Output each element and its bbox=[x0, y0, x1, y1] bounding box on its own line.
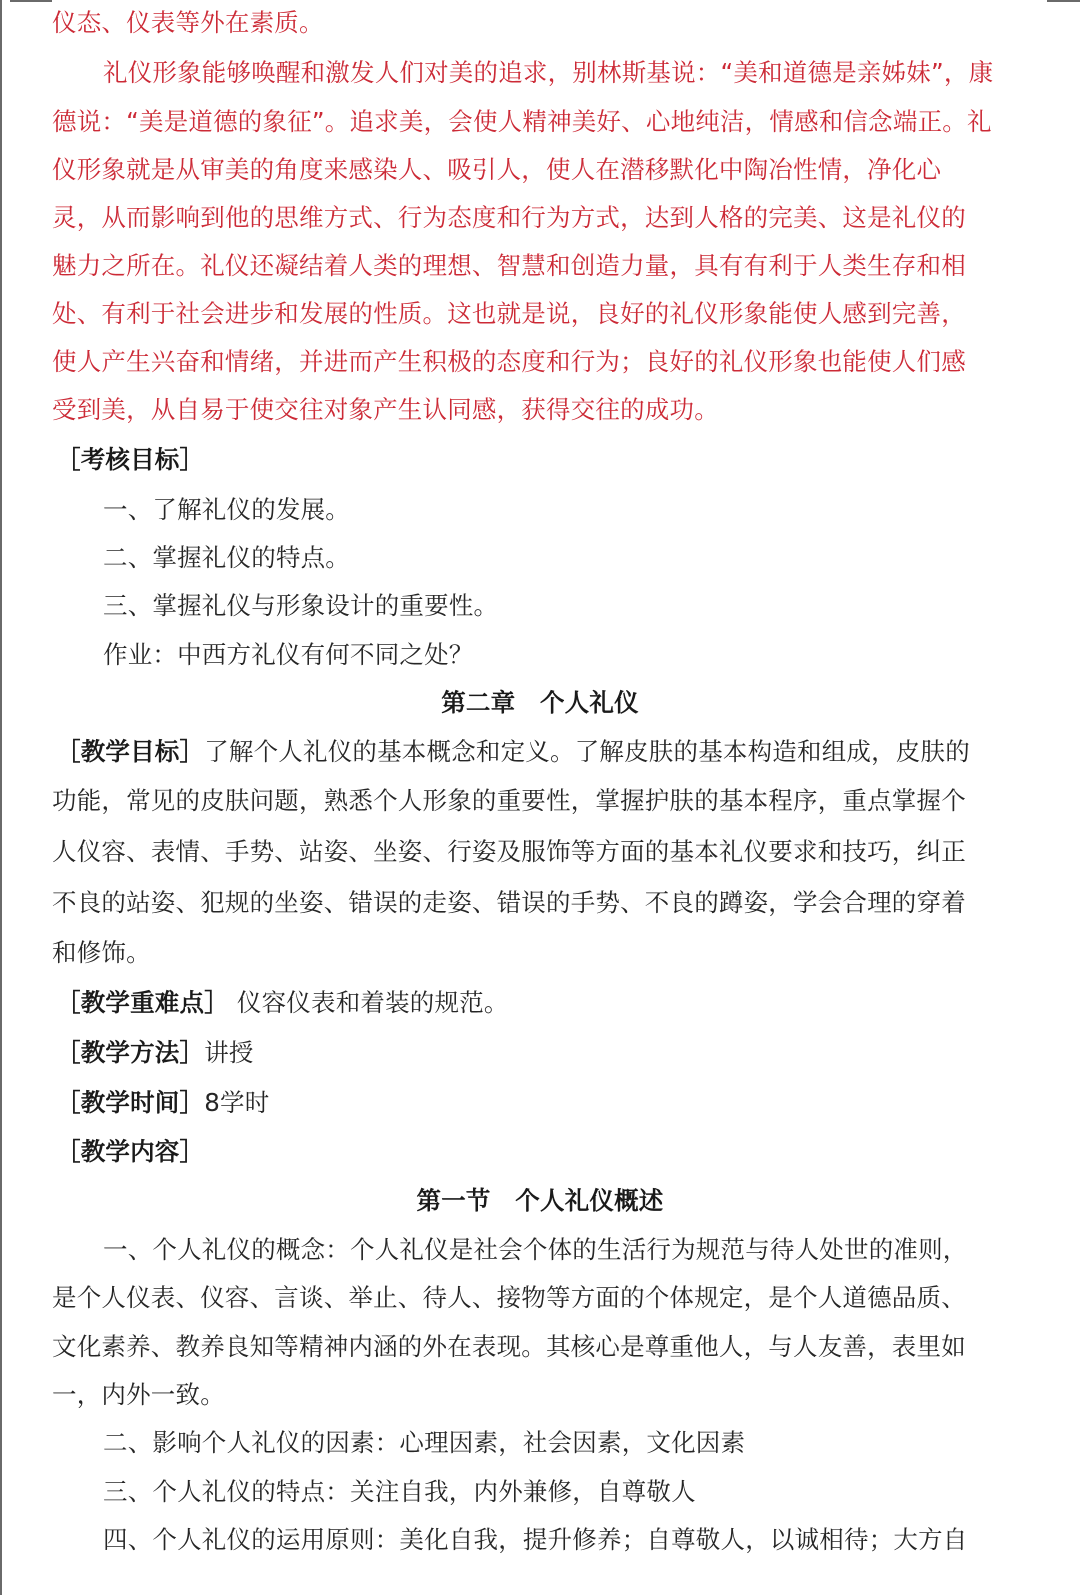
teaching-goal-line: 功能，常见的皮肤问题，熟悉个人形象的重要性，掌握护肤的基本程序，重点掌握个 bbox=[52, 786, 1032, 816]
crop-mark-top-left bbox=[10, 0, 52, 2]
section-title: 第一节 个人礼仪概述 bbox=[0, 1186, 1080, 1216]
concept-line: 一，内外一致。 bbox=[52, 1380, 1032, 1410]
intro-line: 灵，从而影响到他的思维方式、行为态度和行为方式，达到人格的完美、这是礼仪的 bbox=[52, 203, 1032, 233]
teaching-goal-line: 和修饰。 bbox=[52, 938, 1032, 968]
key-points-row: ［教学重难点］ 仪容仪表和着装的规范。 bbox=[56, 988, 1036, 1018]
homework-item: 作业：中西方礼仪有何不同之处？ bbox=[103, 640, 1080, 670]
content-label: ［教学内容］ bbox=[56, 1137, 1036, 1167]
concept-line: 是个人仪表、仪容、言谈、举止、待人、接物等方面的个体规定，是个人道德品质、 bbox=[52, 1283, 1032, 1313]
intro-line: 仪形象就是从审美的角度来感染人、吸引人，使人在潜移默化中陶冶性情，净化心 bbox=[52, 155, 1032, 185]
crop-mark-top-right bbox=[1047, 0, 1080, 2]
time-label: ［教学时间］ bbox=[56, 1088, 204, 1117]
time-value: 8学时 bbox=[204, 1088, 269, 1117]
intro-line: 使人产生兴奋和情绪，并进而产生积极的态度和行为；良好的礼仪形象也能使人们感 bbox=[52, 347, 1032, 377]
point-item: 二、影响个人礼仪的因素：心理因素，社会因素，文化因素 bbox=[103, 1428, 1080, 1458]
assessment-item: 一、了解礼仪的发展。 bbox=[103, 495, 1080, 525]
concept-line: 一、个人礼仪的概念：个人礼仪是社会个体的生活行为规范与待人处世的准则， bbox=[103, 1235, 1080, 1265]
chapter-title: 第二章 个人礼仪 bbox=[0, 688, 1080, 718]
teaching-goal-text: 了解个人礼仪的基本概念和定义。了解皮肤的基本构造和组成，皮肤的 bbox=[204, 737, 970, 766]
assessment-item: 三、掌握礼仪与形象设计的重要性。 bbox=[103, 591, 1080, 621]
method-label: ［教学方法］ bbox=[56, 1038, 204, 1067]
key-points-label: ［教学重难点］ bbox=[56, 988, 229, 1017]
intro-line: 魅力之所在。礼仪还凝结着人类的理想、智慧和创造力量，具有有利于人类生存和相 bbox=[52, 251, 1032, 281]
point-item: 四、个人礼仪的运用原则：美化自我，提升修养；自尊敬人，以诚相待；大方自 bbox=[103, 1525, 1080, 1555]
teaching-goal-line: 人仪容、表情、手势、站姿、坐姿、行姿及服饰等方面的基本礼仪要求和技巧，纠正 bbox=[52, 837, 1032, 867]
point-item: 三、个人礼仪的特点：关注自我，内外兼修，自尊敬人 bbox=[103, 1477, 1080, 1507]
page-left-border bbox=[0, 0, 2, 1595]
method-value: 讲授 bbox=[204, 1038, 253, 1067]
time-row: ［教学时间］8学时 bbox=[56, 1088, 1036, 1118]
intro-line: 仪态、仪表等外在素质。 bbox=[52, 8, 1032, 38]
concept-line: 文化素养、教养良知等精神内涵的外在表现。其核心是尊重他人，与人友善，表里如 bbox=[52, 1332, 1032, 1362]
teaching-goal-label: ［教学目标］ bbox=[56, 737, 204, 766]
teaching-goal-first-line: ［教学目标］了解个人礼仪的基本概念和定义。了解皮肤的基本构造和组成，皮肤的 bbox=[56, 737, 1036, 767]
intro-line: 礼仪形象能够唤醒和激发人们对美的追求，别林斯基说：“美和道德是亲姊妹”，康 bbox=[103, 58, 1080, 88]
teaching-goal-line: 不良的站姿、犯规的坐姿、错误的走姿、错误的手势、不良的蹲姿，学会合理的穿着 bbox=[52, 888, 1032, 918]
key-points-value: 仪容仪表和着装的规范。 bbox=[229, 988, 509, 1017]
intro-line: 受到美，从自易于使交往对象产生认同感，获得交往的成功。 bbox=[52, 395, 1032, 425]
intro-line: 处、有利于社会进步和发展的性质。这也就是说，良好的礼仪形象能使人感到完善， bbox=[52, 299, 1032, 329]
assessment-item: 二、掌握礼仪的特点。 bbox=[103, 543, 1080, 573]
method-row: ［教学方法］讲授 bbox=[56, 1038, 1036, 1068]
intro-line: 德说：“美是道德的象征”。追求美，会使人精神美好、心地纯洁，情感和信念端正。礼 bbox=[52, 107, 1032, 137]
assessment-label: ［考核目标］ bbox=[56, 445, 1036, 475]
